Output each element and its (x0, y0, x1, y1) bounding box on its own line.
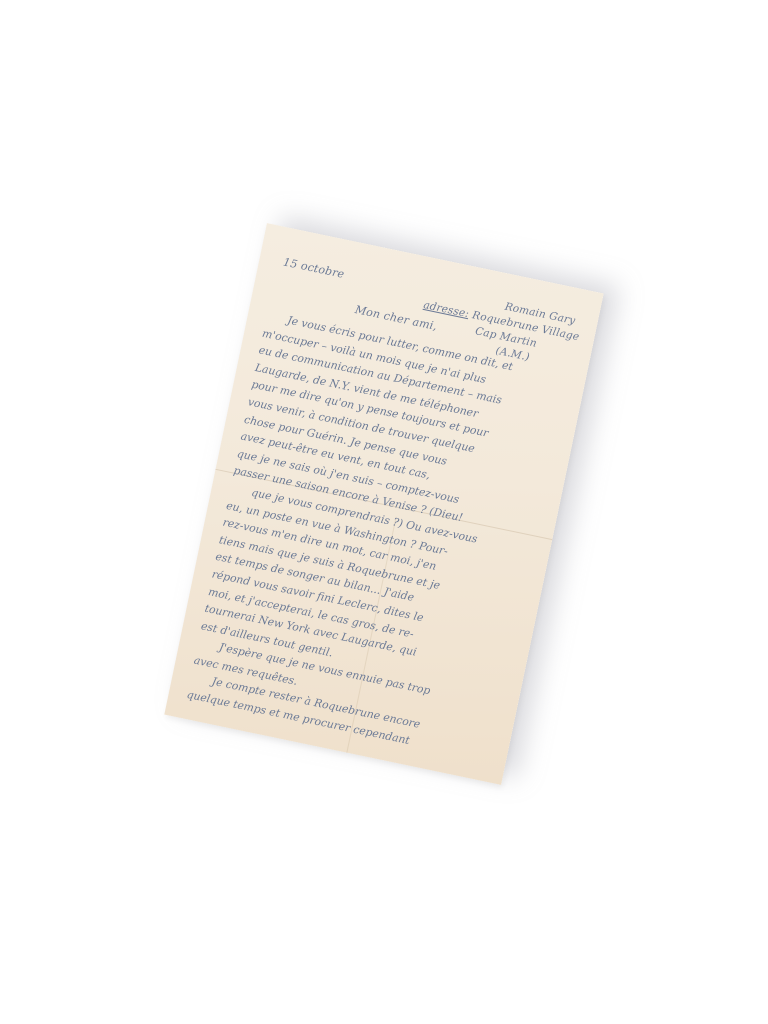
letter-sheet: 15 octobre Romain Gary adresse: Roquebru… (164, 223, 603, 785)
letter-date: 15 octobre (282, 255, 345, 280)
letter-body: Je vous écris pour lutter, comme on dit,… (185, 307, 577, 768)
photo-background: 15 octobre Romain Gary adresse: Roquebru… (0, 0, 768, 1024)
